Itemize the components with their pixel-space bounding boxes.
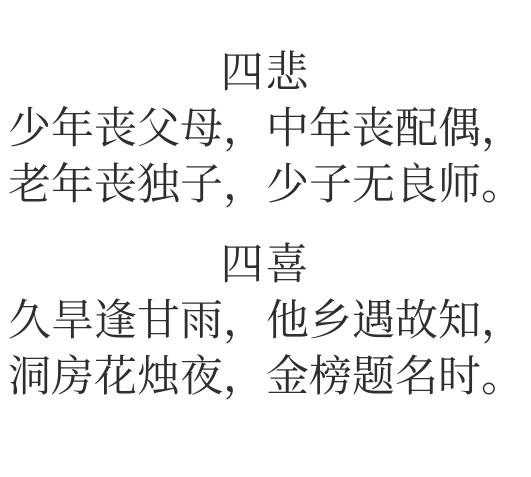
poem-line: 老年丧独子，少子无良师。 <box>0 158 531 214</box>
section-title: 四喜 <box>0 238 531 294</box>
section-four-sorrows: 四悲 少年丧父母，中年丧配偶， 老年丧独子，少子无良师。 <box>0 46 531 214</box>
poem-line: 洞房花烛夜，金榜题名时。 <box>0 350 531 406</box>
section-four-joys: 四喜 久旱逢甘雨，他乡遇故知， 洞房花烛夜，金榜题名时。 <box>0 238 531 406</box>
poem-line: 少年丧父母，中年丧配偶， <box>0 102 531 158</box>
poem-line: 久旱逢甘雨，他乡遇故知， <box>0 294 531 350</box>
poem-page: 四悲 少年丧父母，中年丧配偶， 老年丧独子，少子无良师。 四喜 久旱逢甘雨，他乡… <box>0 0 531 477</box>
section-title: 四悲 <box>0 46 531 102</box>
